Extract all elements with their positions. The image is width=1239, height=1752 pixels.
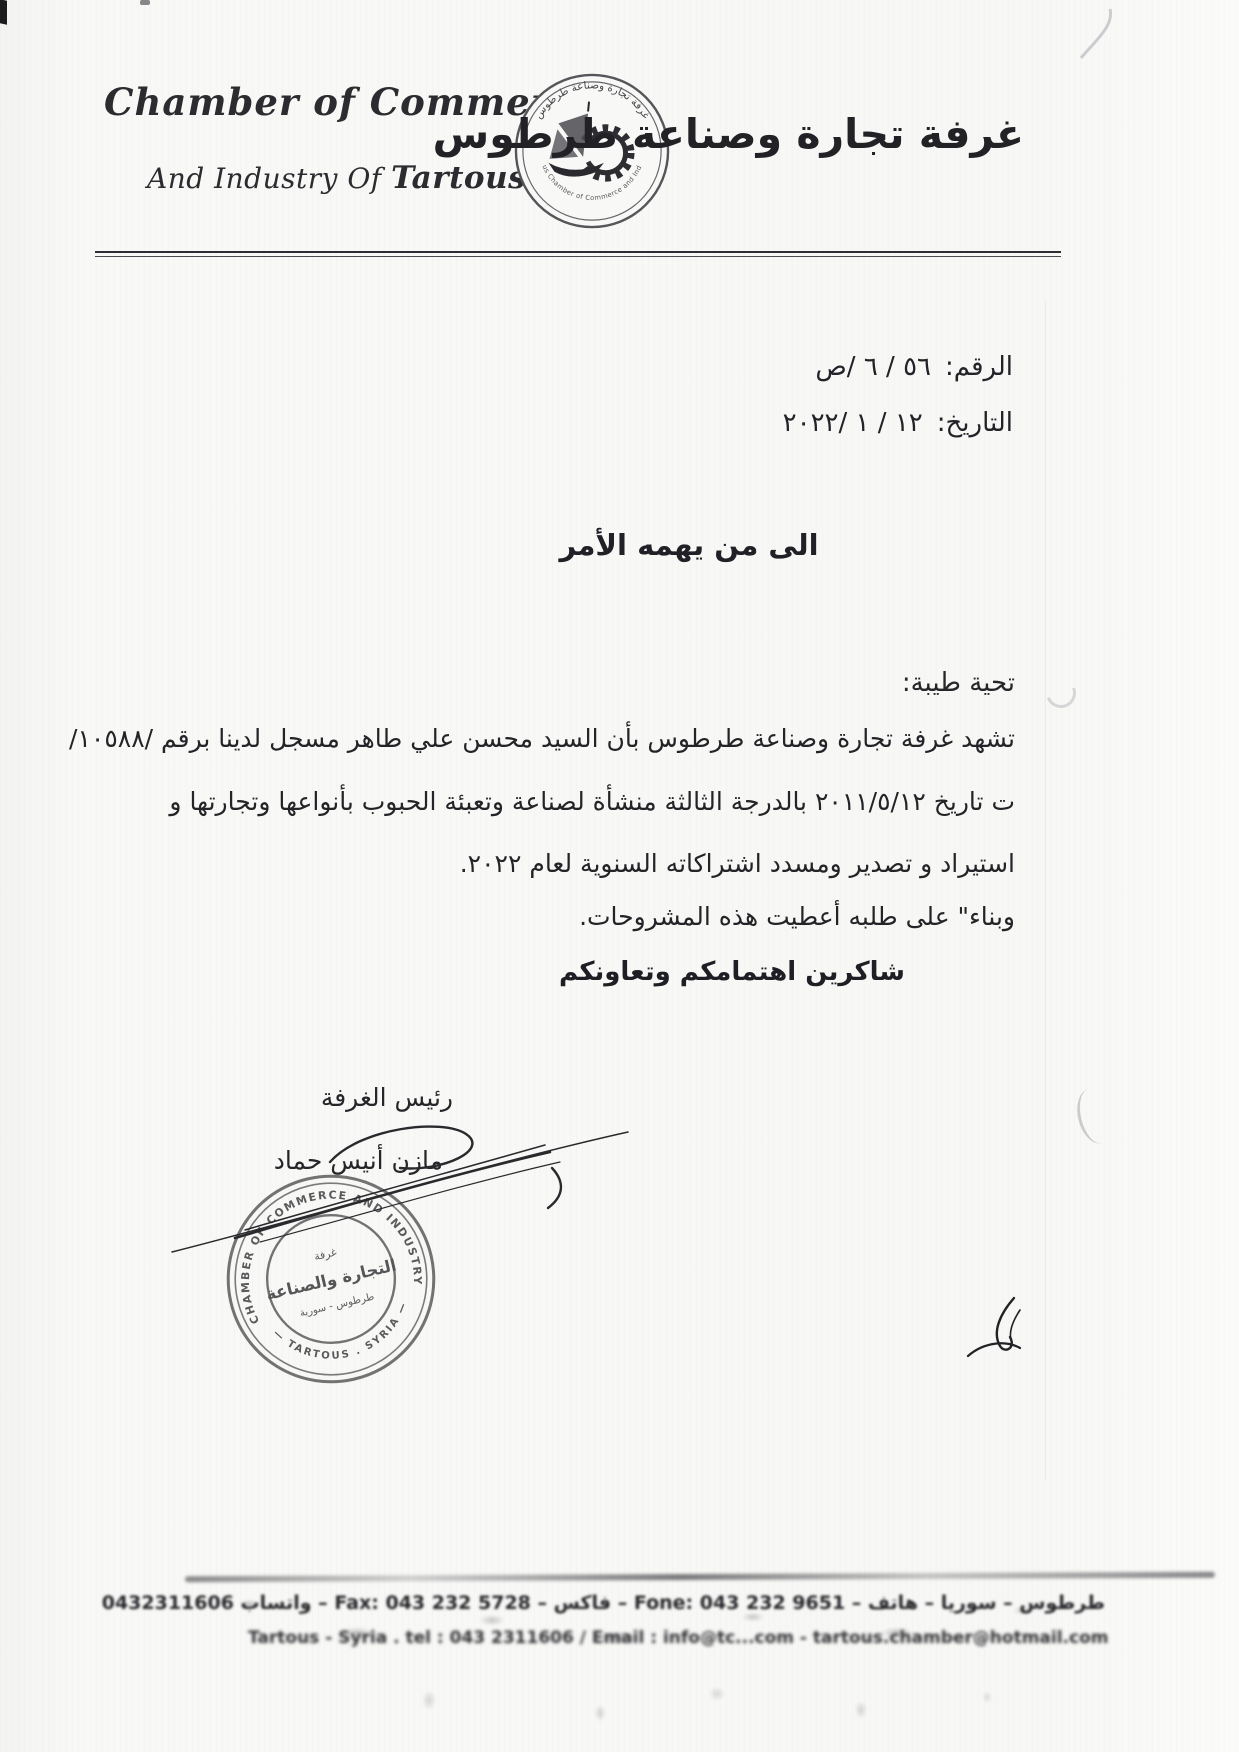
scan-speck-top-left [0, 0, 7, 25]
reference-date-value: ١٢ / ١ /٢٠٢٢ [783, 408, 923, 438]
greeting-line: تحية طيبة: [902, 668, 1015, 698]
body-line-3: استيراد و تصدير ومسدد اشتراكاته السنوية … [460, 849, 1015, 878]
closing-line: شاكرين اهتمامكم وتعاونكم [559, 957, 905, 987]
recipient-line: الى من يهمه الأمر [556, 528, 822, 562]
scan-mark-top-right [1076, 6, 1118, 62]
reference-number-line: الرقم:٥٦ / ٦ /ص [815, 352, 1013, 382]
body-line-4: وبناء" على طلبه أعطيت هذه المشروحات. [579, 902, 1015, 931]
body-line-1: تشهد غرفة تجارة وصناعة طرطوس بأن السيد م… [69, 724, 1015, 753]
letterhead-subtitle-en: And Industry Of Tartous [147, 160, 526, 196]
footer-line-1: طرطوس – سوريا – هاتف – Fone: 043 232 965… [205, 1592, 1105, 1614]
scan-crease [1045, 300, 1046, 1480]
body-line-2: ت تاريخ ٢٠١١/٥/١٢ بالدرجة الثالثة منشأة … [169, 787, 1015, 816]
signature-scribble [150, 1080, 660, 1270]
reference-number-value: ٥٦ / ٦ /ص [815, 352, 931, 382]
scanned-letter-page: Chamber of Commerce And Industry Of Tart… [0, 0, 1239, 1752]
letterhead-title-ar: غرفة تجارة وصناعة طرطوس [688, 110, 1024, 158]
scan-speck-top [140, 0, 150, 5]
scan-curve-right [1072, 1085, 1120, 1148]
reference-date-label: التاريخ: [937, 408, 1013, 438]
reference-date-line: التاريخ:١٢ / ١ /٢٠٢٢ [783, 408, 1013, 438]
scan-ring-right [1041, 673, 1081, 713]
stamp-center-line3: طرطوس - سورية [299, 1291, 376, 1319]
header-divider [95, 251, 1061, 257]
stamp-arc-bottom-text: — TARTOUS . SYRIA — [269, 1298, 419, 1376]
letterhead-subtitle-prefix: And Industry Of [147, 162, 391, 195]
initials-scribble [950, 1292, 1035, 1372]
footer-smear-line [185, 1572, 1215, 1582]
letterhead-subtitle-city: Tartous [391, 160, 526, 196]
reference-number-label: الرقم: [945, 352, 1013, 382]
footer-line-2: Tartous - Syria . tel : 043 2311606 / Em… [248, 1628, 1048, 1648]
